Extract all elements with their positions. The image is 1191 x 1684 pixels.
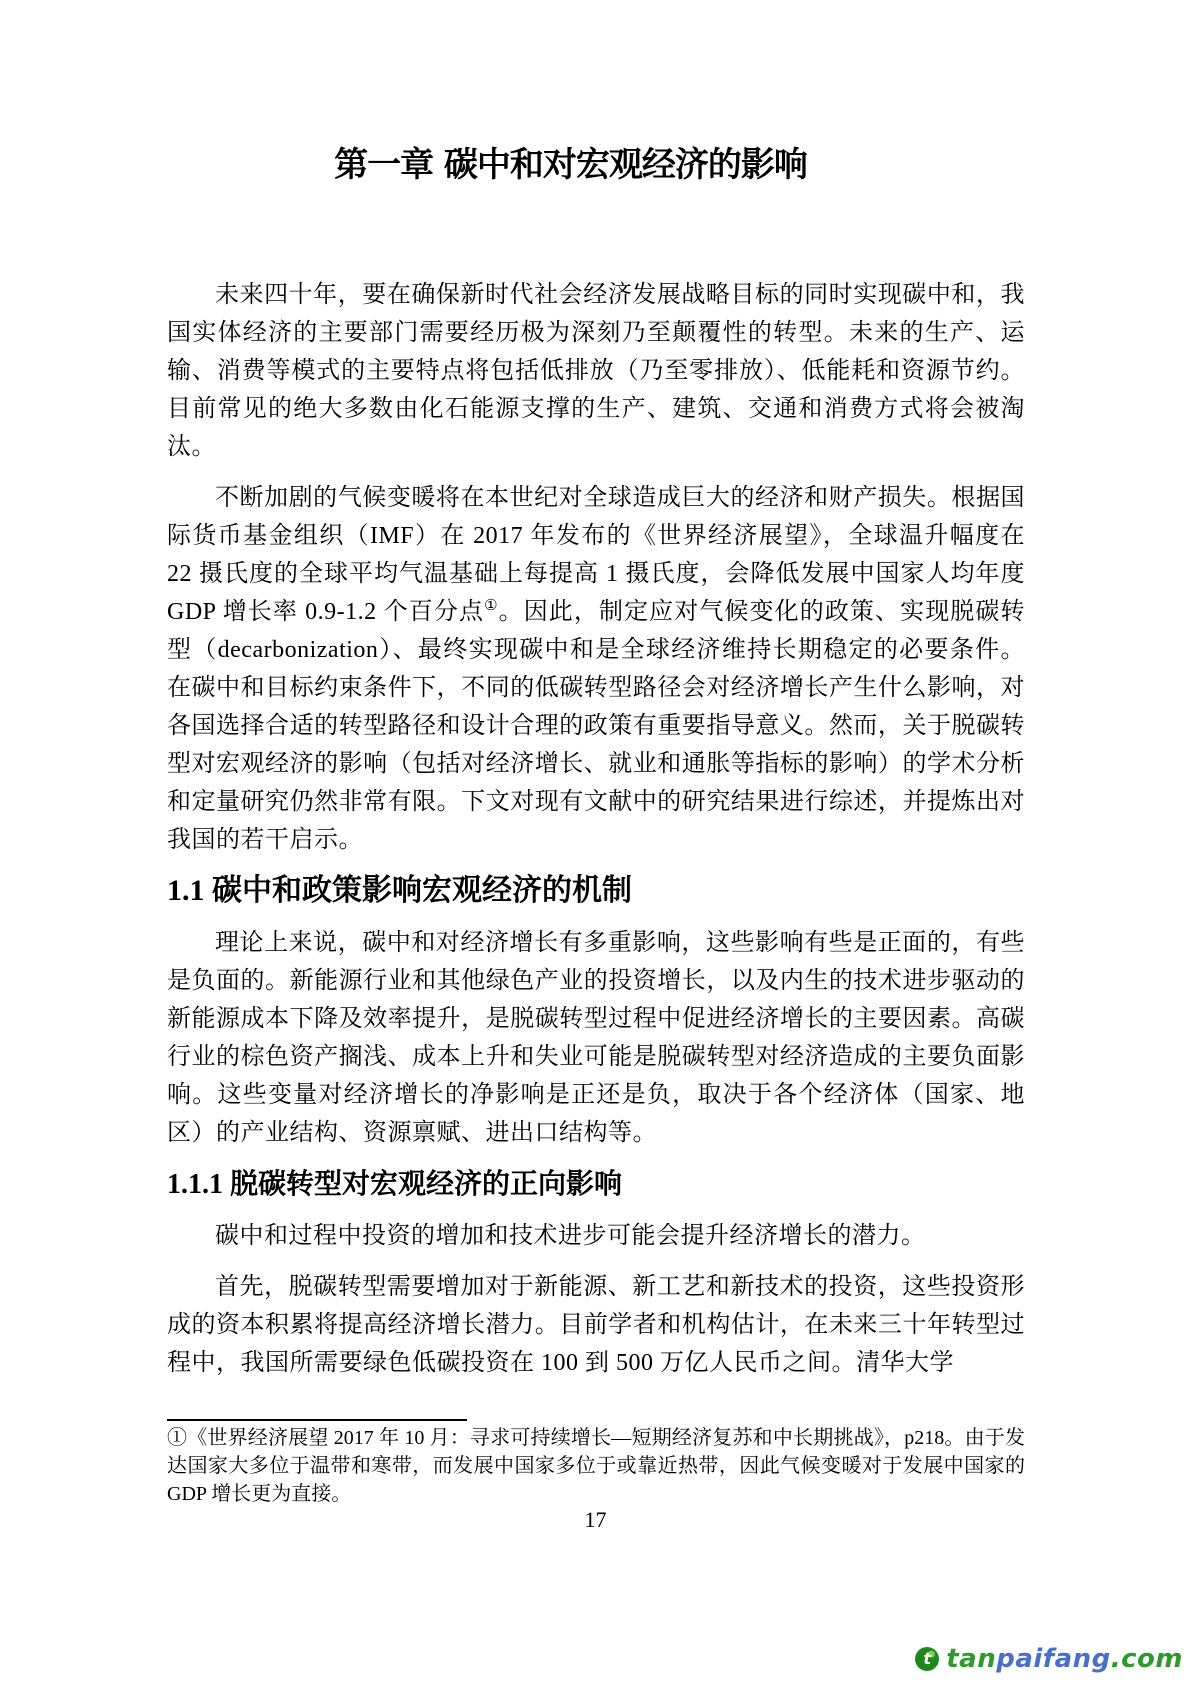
chapter-title: 第一章 碳中和对宏观经济的影响 [0,0,1191,188]
paragraph: 碳中和过程中投资的增加和技术进步可能会提升经济增长的潜力。 [167,1217,1025,1255]
site-watermark[interactable]: t tanpaifang.com [915,1644,1183,1674]
logo-glyph: t [923,1649,931,1668]
footnote-separator [167,1419,467,1421]
paragraph: 不断加剧的气候变暖将在本世纪对全球造成巨大的经济和财产损失。根据国际货币基金组织… [167,479,1025,859]
section-heading-1-1-1: 1.1.1 脱碳转型对宏观经济的正向影响 [167,1166,1025,1204]
watermark-text-part: .com [1111,1644,1183,1674]
page-number: 17 [0,1506,1191,1534]
document-page: 第一章 碳中和对宏观经济的影响 未来四十年，要在确保新时代社会经济发展战略目标的… [0,0,1191,1684]
watermark-text-part: paifang [996,1644,1111,1674]
section-heading-1-1: 1.1 碳中和政策影响宏观经济的机制 [167,871,1025,911]
footnote: ①《世界经济展望 2017 年 10 月：寻求可持续增长—短期经济复苏和中长期挑… [167,1424,1025,1508]
footnote-marker: ① [167,1427,187,1449]
footnote-reference: ① [484,598,499,614]
tanpaifang-logo-icon: t [915,1647,939,1671]
paragraph: 未来四十年，要在确保新时代社会经济发展战略目标的同时实现碳中和，我国实体经济的主… [167,276,1025,466]
watermark-text: tanpaifang.com [946,1644,1183,1674]
watermark-text-part: tan [946,1644,996,1674]
paragraph: 首先，脱碳转型需要增加对于新能源、新工艺和新技术的投资，这些投资形成的资本积累将… [167,1268,1025,1382]
paragraph-text: 。因此，制定应对气候变化的政策、实现脱碳转型（decarbonization）、… [167,599,1025,853]
paragraph: 理论上来说，碳中和对经济增长有多重影响，这些影响有些是正面的，有些是负面的。新能… [167,924,1025,1152]
footnote-text: 《世界经济展望 2017 年 10 月：寻求可持续增长—短期经济复苏和中长期挑战… [167,1427,1025,1505]
document-body: 未来四十年，要在确保新时代社会经济发展战略目标的同时实现碳中和，我国实体经济的主… [167,276,1025,1382]
